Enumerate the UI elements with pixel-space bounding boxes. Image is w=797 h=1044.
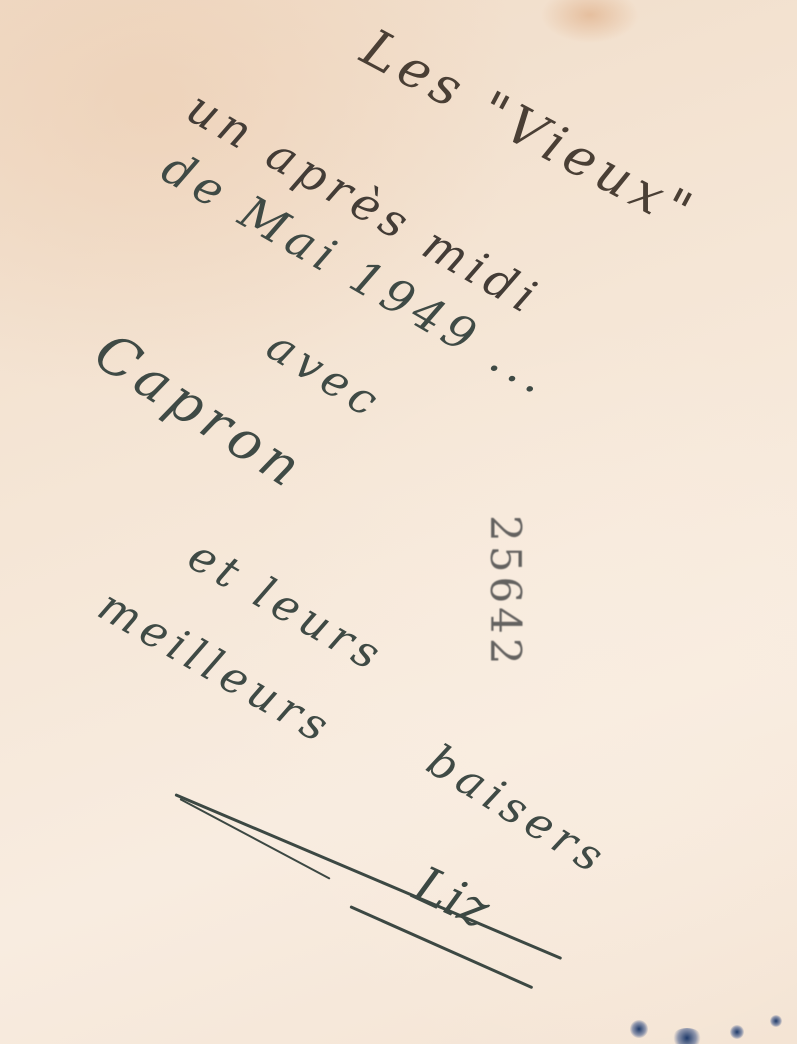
ink-spot (730, 1025, 744, 1039)
ink-spot (770, 1015, 782, 1027)
ink-spot (630, 1020, 648, 1038)
photo-back-paper: Les "Vieux" un après midi de Mai 1949 ..… (0, 0, 797, 1044)
handwritten-line-4: avec (258, 320, 392, 430)
ink-spot (672, 1028, 702, 1044)
signature-stroke (180, 798, 331, 880)
stamped-number: 25642 (481, 515, 530, 669)
